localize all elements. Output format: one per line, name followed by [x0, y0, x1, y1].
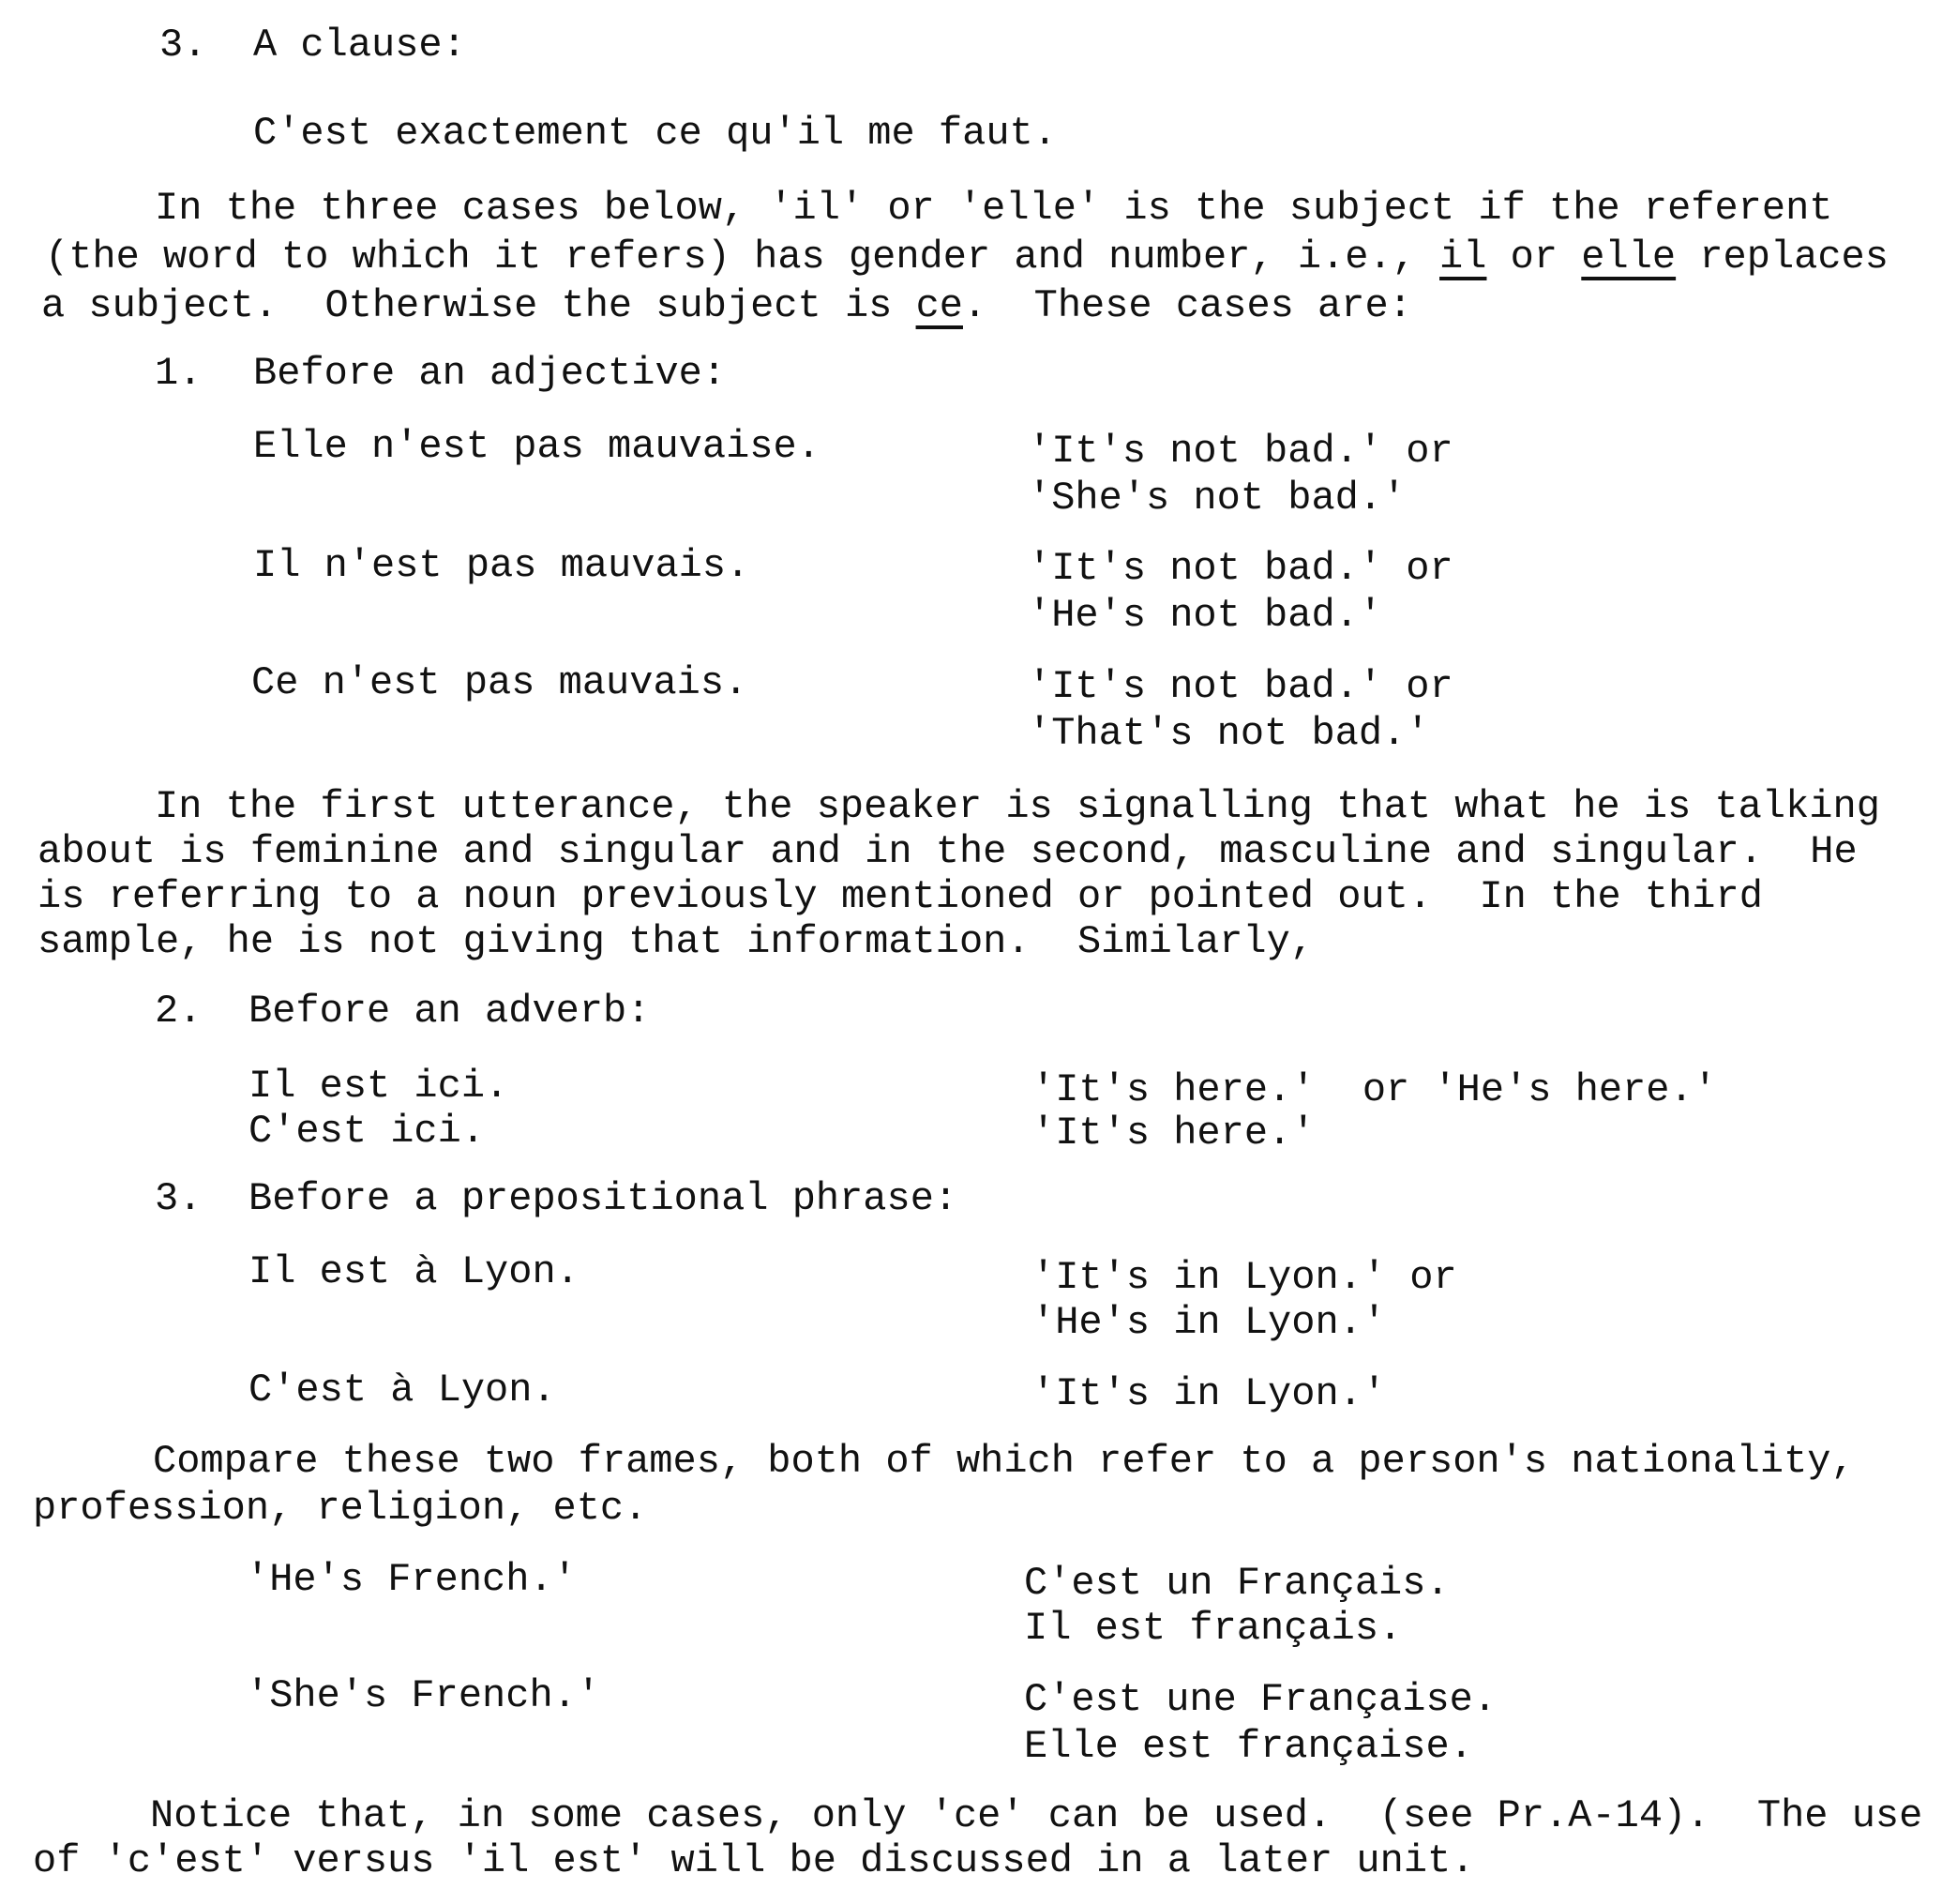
- case1-english-1b: 'She's not bad.': [1028, 474, 1406, 522]
- case1-english-1a: 'It's not bad.' or: [1028, 427, 1453, 476]
- underlined-elle: elle: [1581, 234, 1676, 280]
- case3-french-2: C'est à Lyon.: [248, 1366, 556, 1414]
- underlined-il: il: [1439, 234, 1486, 280]
- intro-line-3: a subject. Otherwise the subject is ce. …: [41, 281, 1412, 330]
- case1-english-2a: 'It's not bad.' or: [1028, 544, 1453, 593]
- explanation-line-3: is referring to a noun previously mentio…: [38, 872, 1763, 921]
- case3-english-2: 'It's in Lyon.': [1031, 1369, 1386, 1418]
- case1-french-2: Il n'est pas mauvais.: [253, 541, 749, 590]
- explanation-line-1: In the first utterance, the speaker is s…: [155, 782, 1880, 831]
- case2-number: 2.: [155, 987, 202, 1035]
- explanation-line-4: sample, he is not giving that informatio…: [38, 917, 1314, 966]
- case1-french-1: Elle n'est pas mauvaise.: [253, 422, 820, 471]
- intro-or: or: [1486, 234, 1581, 280]
- intro-period: .: [963, 283, 986, 328]
- frame-french-1a: C'est un Français.: [1024, 1559, 1450, 1608]
- notice-line-1: Notice that, in some cases, only 'ce' ca…: [150, 1791, 1922, 1840]
- clause-example: C'est exactement ce qu'il me faut.: [253, 109, 1057, 158]
- case1-english-2b: 'He's not bad.': [1028, 591, 1382, 640]
- compare-line-2: profession, religion, etc.: [33, 1484, 647, 1533]
- case2-french-2: C'est ici.: [248, 1107, 485, 1156]
- case2-french-1: Il est ici.: [248, 1062, 508, 1111]
- frame-english-2: 'She's French.': [246, 1671, 600, 1720]
- case3-heading: Before a prepositional phrase:: [248, 1174, 957, 1223]
- case1-number: 1.: [155, 349, 202, 398]
- case3-english-1b: 'He's in Lyon.': [1031, 1298, 1386, 1347]
- intro-line-2: (the word to which it refers) has gender…: [45, 233, 1889, 281]
- frame-french-2b: Elle est française.: [1024, 1722, 1473, 1771]
- case2-english-1: 'It's here.' or 'He's here.': [1031, 1065, 1717, 1114]
- intro-replaces: replaces: [1676, 234, 1889, 280]
- case3-french-1: Il est à Lyon.: [248, 1247, 580, 1296]
- intro-line-1: In the three cases below, 'il' or 'elle'…: [155, 184, 1833, 233]
- intro-line-3-text: a subject. Otherwise the subject is: [41, 283, 916, 328]
- case2-english-2: 'It's here.': [1031, 1109, 1315, 1157]
- frame-english-1: 'He's French.': [246, 1555, 577, 1604]
- intro-line-2-text: (the word to which it refers) has gender…: [45, 234, 1439, 280]
- case1-heading: Before an adjective:: [253, 349, 726, 398]
- clause-number: 3.: [159, 21, 206, 69]
- case3-number: 3.: [155, 1174, 202, 1223]
- case2-heading: Before an adverb:: [248, 987, 650, 1035]
- case1-french-3: Ce n'est pas mauvais.: [251, 658, 747, 707]
- notice-line-2: of 'c'est' versus 'il est' will be discu…: [33, 1836, 1474, 1885]
- case3-english-1a: 'It's in Lyon.' or: [1031, 1253, 1457, 1302]
- intro-line-3-tail: These cases are:: [986, 283, 1412, 328]
- frame-french-1b: Il est français.: [1024, 1604, 1402, 1653]
- clause-heading: A clause:: [253, 21, 466, 69]
- underlined-ce: ce: [916, 283, 963, 328]
- case1-english-3b: 'That's not bad.': [1028, 709, 1429, 758]
- compare-line-1: Compare these two frames, both of which …: [153, 1437, 1855, 1486]
- frame-french-2a: C'est une Française.: [1024, 1675, 1497, 1724]
- case1-english-3a: 'It's not bad.' or: [1028, 662, 1453, 711]
- explanation-line-2: about is feminine and singular and in th…: [38, 827, 1858, 876]
